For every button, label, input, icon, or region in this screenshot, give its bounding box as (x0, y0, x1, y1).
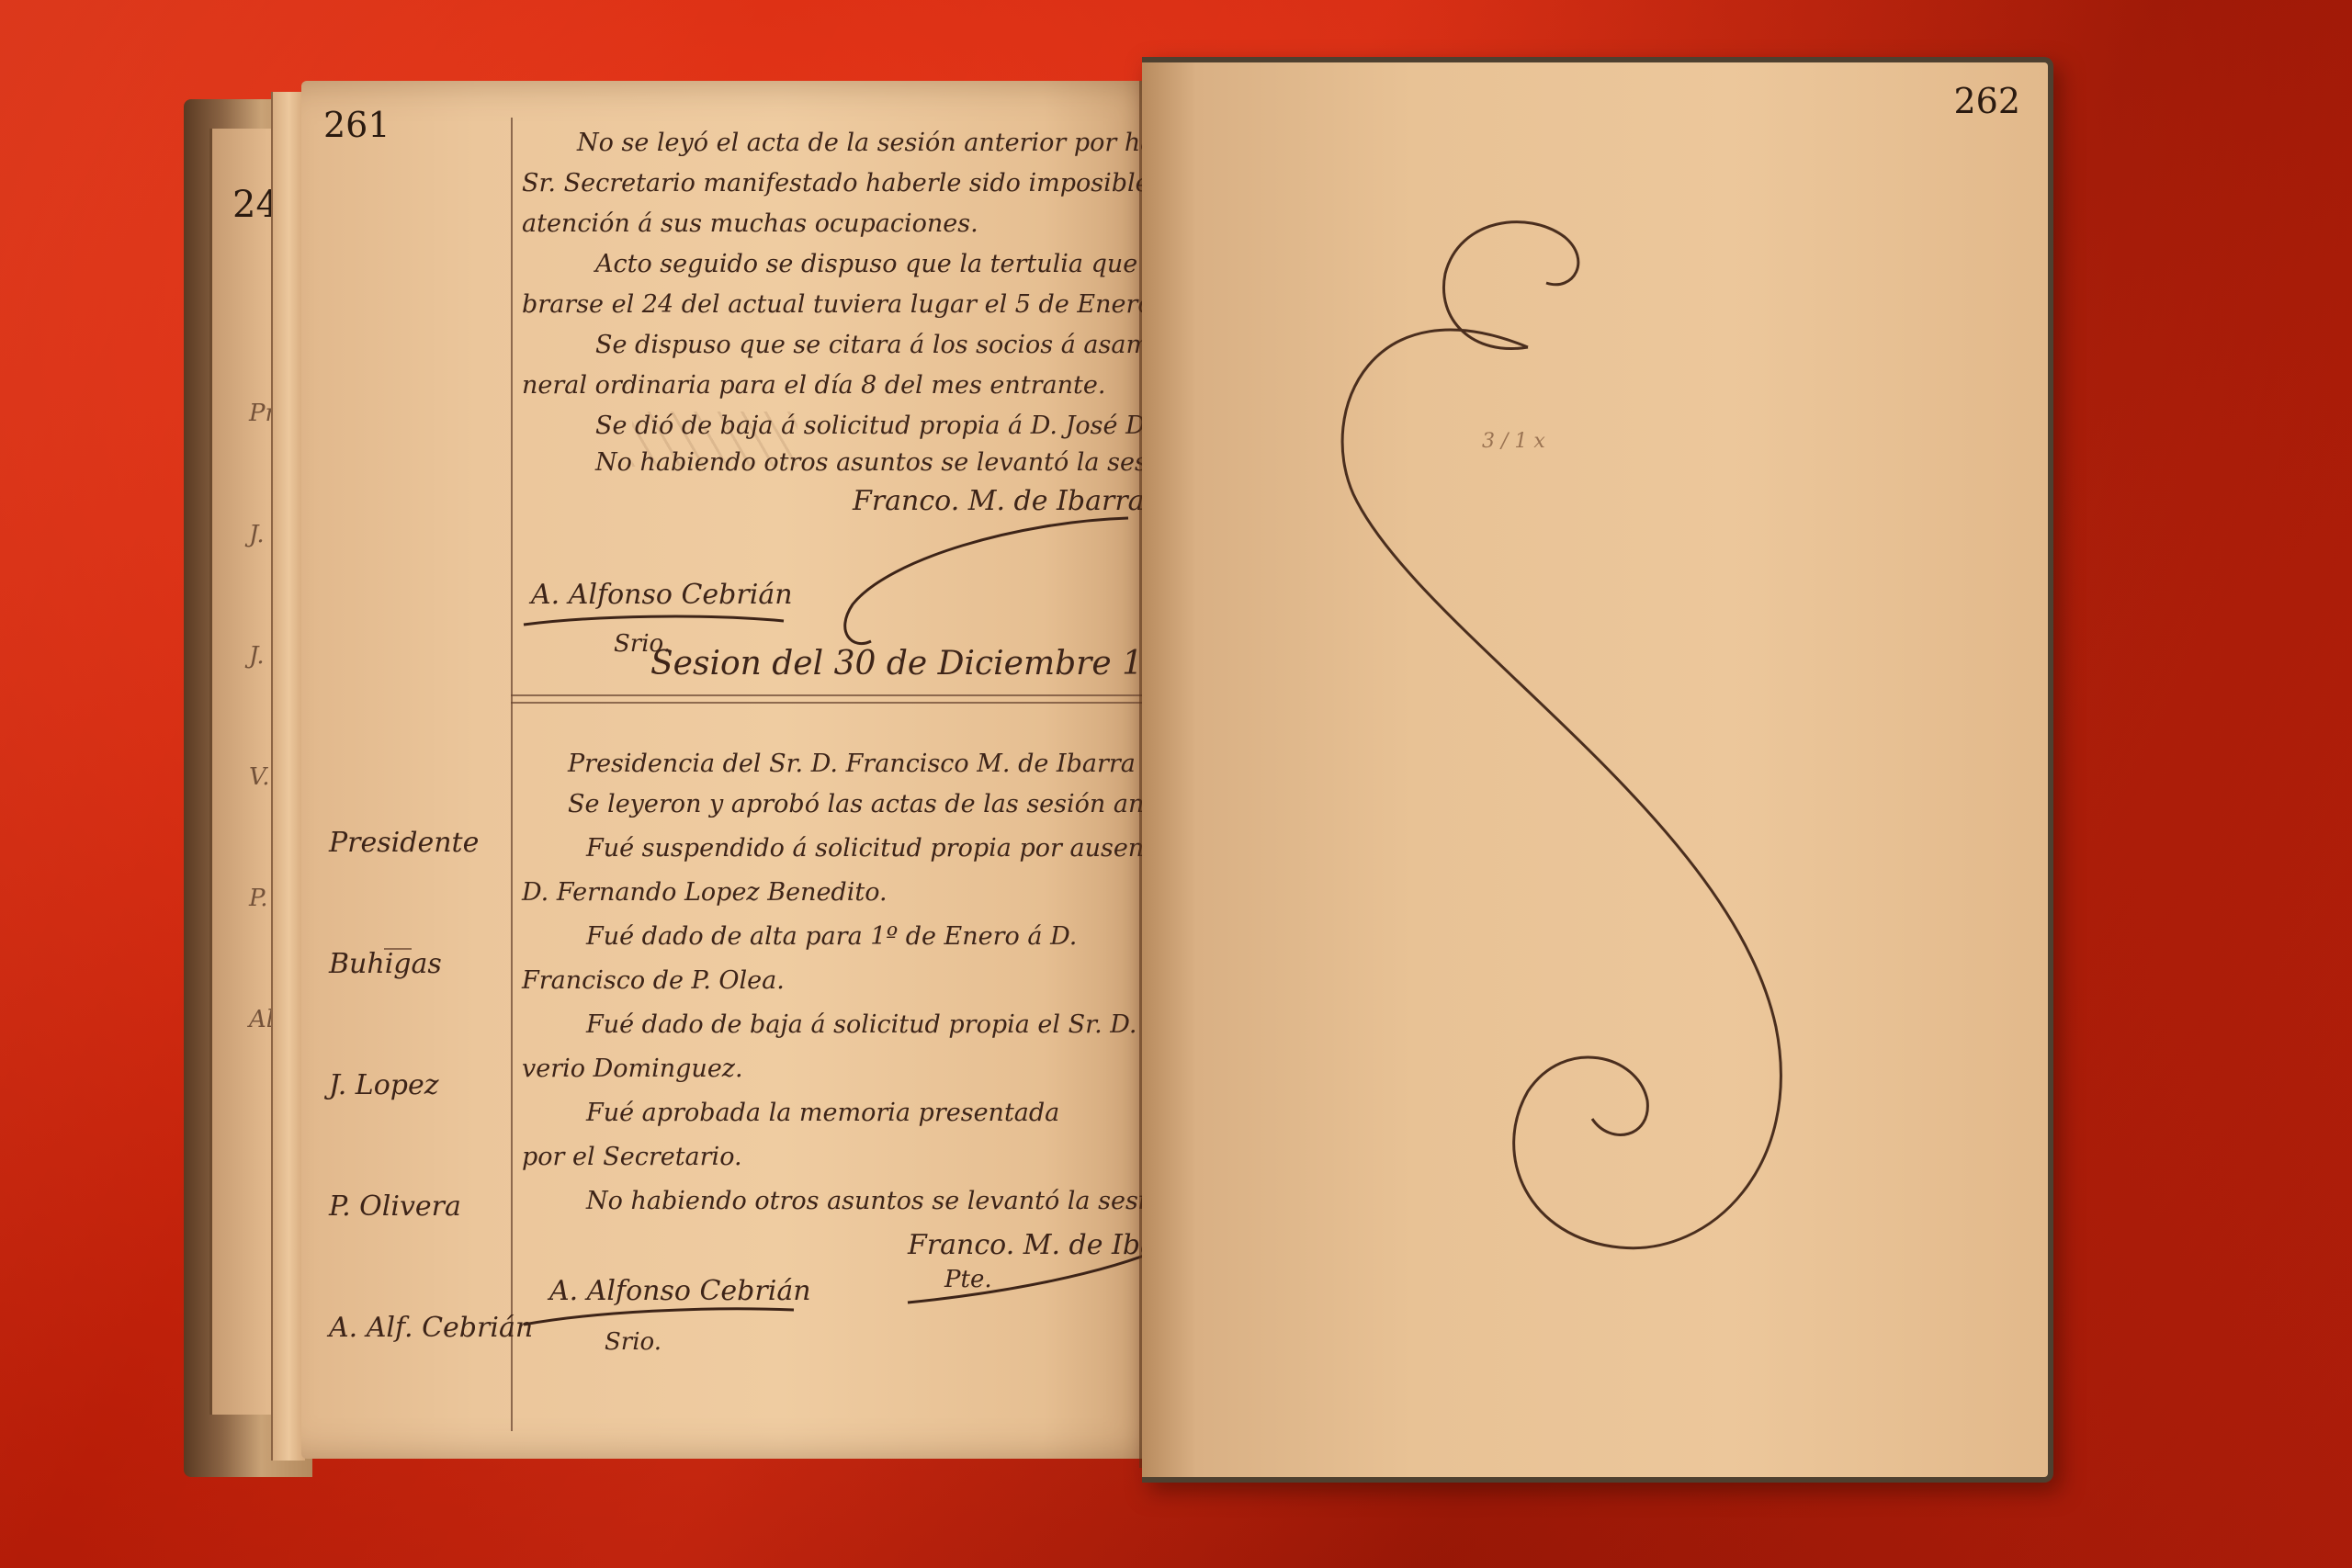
minutes-line: Francisco de P. Olea. (522, 963, 785, 998)
secretary-signature: A. Alfonso Cebrián (531, 579, 793, 611)
minutes-line: neral ordinaria para el día 8 del mes en… (522, 367, 1105, 403)
minutes-line: No se leyó el acta de la sesión anterior… (577, 125, 1228, 161)
calligraphic-s-flourish (1142, 62, 2042, 1477)
right-page: 262 3 / 1 x (1142, 57, 2053, 1483)
page-number-261: 261 (323, 105, 390, 145)
attendee: A. Alf. Cebrián (329, 1308, 533, 1348)
session-divider-bottom (511, 702, 1172, 704)
attendee: J. Lopez (329, 1066, 533, 1106)
minutes-line: Fué aprobada la memoria presentada (586, 1095, 1059, 1131)
attendee: P. Olivera (329, 1187, 533, 1227)
pencil-mark: 3 / 1 x (1482, 430, 1545, 453)
minutes-line: D. Fernando Lopez Benedito. (522, 874, 888, 910)
left-page: 261 No se leyó el acta de la sesión ante… (301, 81, 1174, 1459)
minutes-line: Fué dado de baja á solicitud propia el S… (586, 1007, 1186, 1043)
minutes-line: Se leyeron y aprobó las actas de las ses… (568, 786, 1221, 822)
minutes-line: verio Dominguez. (522, 1051, 743, 1087)
minutes-line: No habiendo otros asuntos se levantó la … (586, 1183, 1185, 1219)
minutes-line: No habiendo otros asuntos se levantó la … (595, 445, 1194, 480)
signature-underline (522, 612, 788, 630)
minutes-line: Se dió de baja á solicitud propia á D. J… (595, 408, 1196, 444)
open-minute-book: 24 Pre J. Bu J. L V. Ca P. Ol Alf. 261 N… (184, 53, 2058, 1505)
minutes-line: atención á sus muchas ocupaciones. (522, 206, 978, 242)
minutes-line: Fué suspendido á solicitud propia por au… (586, 830, 1208, 866)
minutes-line: Fué dado de alta para 1º de Enero á D. (586, 919, 1077, 954)
attendee: Buhigas (329, 944, 533, 985)
minutes-line: Presidencia del Sr. D. Francisco M. de I… (568, 746, 1136, 782)
signature-underline (522, 1303, 797, 1330)
session-heading: Sesion del 30 de Diciembre 1885 (650, 645, 1206, 682)
secretary-role: Srio. (605, 1328, 661, 1356)
turned-leaf-edge (271, 92, 305, 1461)
list-end-mark (384, 948, 412, 950)
attendee: Presidente (329, 823, 533, 863)
attendance-list: Presidente Buhigas J. Lopez P. Olivera A… (329, 742, 533, 1429)
minutes-line: por el Secretario. (522, 1139, 742, 1175)
session-divider-top (511, 694, 1172, 696)
signature-flourish (816, 513, 1147, 650)
